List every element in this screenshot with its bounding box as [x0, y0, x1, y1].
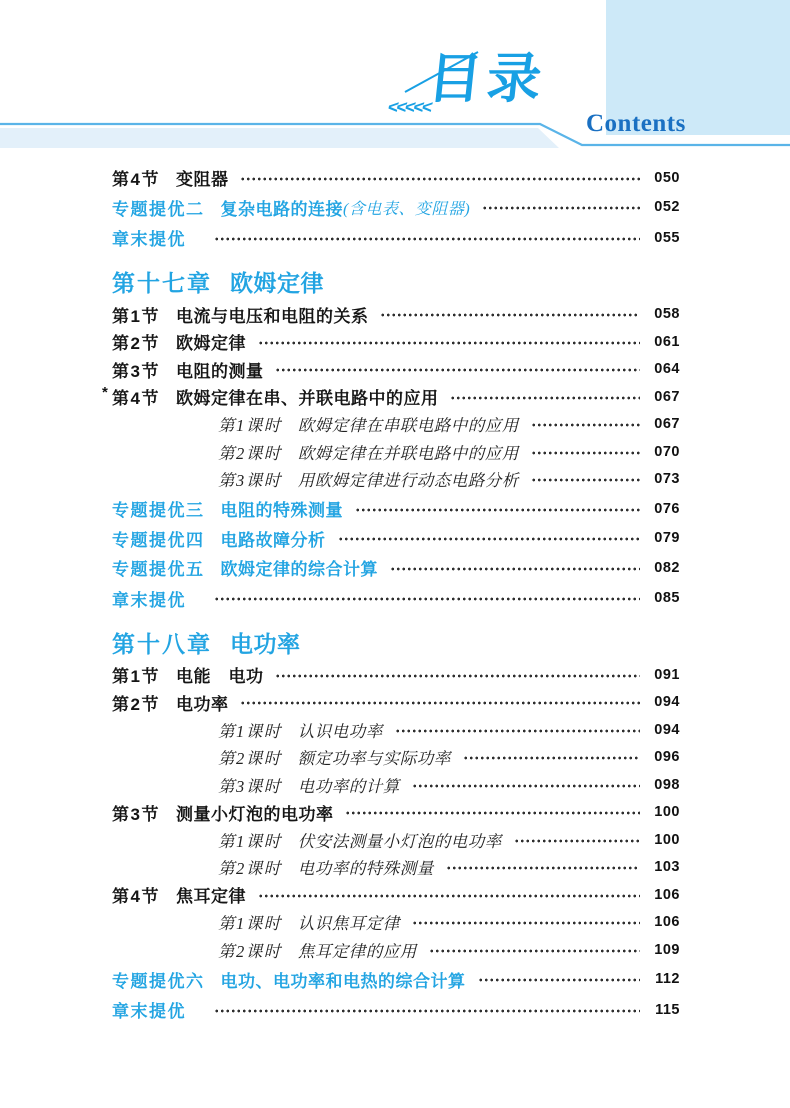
page-number: 098 [650, 777, 680, 793]
entry-title: 欧姆定律在并联电路中的应用 [298, 440, 519, 464]
toc-entry-section: 第2节欧姆定律061 [112, 328, 680, 356]
dotted-leader [345, 810, 640, 816]
toc-entry-lesson: 第1课时欧姆定律在串联电路中的应用067 [112, 411, 680, 439]
page-number: 106 [650, 914, 680, 930]
toc-entry-lesson: 第3课时用欧姆定律进行动态电路分析073 [112, 466, 680, 494]
entry-label: 第1课时 [218, 718, 282, 742]
entry-title: 欧姆定律的综合计算 [221, 555, 379, 580]
entry-label: 第2节 [112, 329, 160, 354]
dotted-leader [214, 236, 640, 242]
page-number: 115 [650, 1002, 680, 1018]
entry-title: 复杂电路的连接 [221, 195, 344, 220]
page-number: 052 [650, 199, 680, 215]
toc-entry-section: 第3节电阻的测量064 [112, 356, 680, 384]
entry-title: 变阻器 [176, 165, 229, 190]
dotted-leader [412, 783, 640, 789]
entry-title: 电阻的特殊测量 [221, 496, 344, 521]
toc-entry-section: 第2节电功率094 [112, 689, 680, 717]
entry-label: 第4节 [112, 165, 160, 190]
entry-label: 章末提优 [112, 997, 186, 1022]
page-number: 112 [650, 971, 680, 987]
toc-entry-special: 专题提优二复杂电路的连接(含电表、变阻器)052 [112, 194, 680, 222]
page-header: <<<<< 目录 Contents [0, 0, 790, 160]
toc-entry-section: *第4节欧姆定律在串、并联电路中的应用067 [112, 383, 680, 411]
entry-title: 电功率的计算 [298, 773, 400, 797]
page-number: 076 [650, 501, 680, 517]
dotted-leader [275, 673, 640, 679]
page-number: 055 [650, 230, 680, 246]
entry-title: 测量小灯泡的电功率 [176, 800, 334, 825]
toc-entry-section: 第1节电流与电压和电阻的关系058 [112, 301, 680, 329]
page-number: 073 [650, 471, 680, 487]
page-number: 106 [650, 887, 680, 903]
page-number: 103 [650, 859, 680, 875]
entry-label: 第3节 [112, 357, 160, 382]
toc-entry-section: 第3节测量小灯泡的电功率100 [112, 799, 680, 827]
toc-entry-lesson: 第2课时欧姆定律在并联电路中的应用070 [112, 438, 680, 466]
entry-title: 电流与电压和电阻的关系 [176, 302, 369, 327]
entry-label: 第1节 [112, 302, 160, 327]
dotted-leader [258, 893, 640, 899]
dotted-leader [514, 838, 640, 844]
page-number: 094 [650, 694, 680, 710]
page-number: 100 [650, 832, 680, 848]
dotted-leader [214, 1008, 640, 1014]
entry-title: 伏安法测量小灯泡的电功率 [298, 828, 502, 852]
entry-label: 第4节 [112, 384, 160, 409]
toc-entry-special: 专题提优三电阻的特殊测量076 [112, 495, 680, 523]
entry-label: 第4节 [112, 882, 160, 907]
toc-entry-lesson: 第1课时认识焦耳定律106 [112, 909, 680, 937]
dotted-leader [275, 367, 640, 373]
entry-title: 认识电功率 [298, 718, 383, 742]
entry-title: 用欧姆定律进行动态电路分析 [298, 467, 519, 491]
entry-label: 专题提优五 [112, 555, 205, 580]
entry-title: 欧姆定律 [230, 265, 324, 298]
toc-entry-lesson: 第1课时认识电功率094 [112, 716, 680, 744]
entry-title: 焦耳定律的应用 [298, 938, 417, 962]
toc-page: { "header": { "title_cn": "目录", "title_e… [0, 0, 790, 1108]
toc-chapter-heading: 第十七章欧姆定律 [112, 265, 680, 299]
toc-entry-lesson: 第2课时电功率的特殊测量103 [112, 854, 680, 882]
entry-label: 章末提优 [112, 586, 186, 611]
dotted-leader [355, 507, 640, 513]
entry-note: (含电表、变阻器) [343, 196, 470, 219]
entry-label: 第十七章 [112, 265, 212, 298]
toc-entry-lesson: 第1课时伏安法测量小灯泡的电功率100 [112, 826, 680, 854]
page-number: 058 [650, 306, 680, 322]
dotted-leader [463, 755, 640, 761]
dotted-leader [531, 422, 640, 428]
entry-label: 专题提优三 [112, 496, 205, 521]
dotted-leader [450, 395, 640, 401]
dotted-leader [240, 176, 640, 182]
toc-entry-chapter-end: 章末提优055 [112, 224, 680, 252]
dotted-leader [412, 920, 640, 926]
entry-title: 电路故障分析 [221, 526, 326, 551]
entry-label: 第2节 [112, 690, 160, 715]
entry-label: 第2课时 [218, 440, 282, 464]
toc-entry-section: 第4节焦耳定律106 [112, 881, 680, 909]
page-number: 085 [650, 590, 680, 606]
entry-title: 电能 电功 [176, 662, 264, 687]
entry-label: 第1节 [112, 662, 160, 687]
entry-label: 第2课时 [218, 745, 282, 769]
entry-title: 电功率 [176, 690, 229, 715]
toc-entry-section: 第4节变阻器050 [112, 164, 680, 192]
entry-label: 第1课时 [218, 910, 282, 934]
toc-chapter-heading: 第十八章电功率 [112, 625, 680, 659]
dotted-leader [531, 450, 640, 456]
entry-label: 专题提优六 [112, 967, 205, 992]
dotted-leader [380, 312, 640, 318]
dotted-leader [258, 340, 640, 346]
entry-title: 电功率 [230, 626, 301, 659]
dotted-leader [338, 536, 641, 542]
entry-label: 第1课时 [218, 412, 282, 436]
page-number: 050 [650, 170, 680, 186]
page-number: 094 [650, 722, 680, 738]
toc-entry-special: 专题提优六电功、电功率和电热的综合计算112 [112, 966, 680, 994]
entry-title: 欧姆定律在串联电路中的应用 [298, 412, 519, 436]
dotted-leader [214, 596, 640, 602]
dotted-leader [429, 948, 640, 954]
entry-label: 第3课时 [218, 773, 282, 797]
toc-entry-lesson: 第3课时电功率的计算098 [112, 771, 680, 799]
toc-entry-special: 专题提优四电路故障分析079 [112, 525, 680, 553]
toc-entry-chapter-end: 章末提优115 [112, 996, 680, 1024]
dotted-leader [482, 205, 640, 211]
entry-label: 第1课时 [218, 828, 282, 852]
toc-entry-lesson: 第2课时额定功率与实际功率096 [112, 744, 680, 772]
dotted-leader [478, 977, 641, 983]
entry-title: 电功率的特殊测量 [298, 855, 434, 879]
page-number: 079 [650, 530, 680, 546]
toc-entry-chapter-end: 章末提优085 [112, 585, 680, 613]
entry-title: 欧姆定律在串、并联电路中的应用 [176, 384, 439, 409]
page-number: 091 [650, 667, 680, 683]
page-number: 082 [650, 560, 680, 576]
page-title: 目录 [425, 52, 549, 106]
page-number: 070 [650, 444, 680, 460]
entry-label: 第2课时 [218, 855, 282, 879]
entry-title: 欧姆定律 [176, 329, 246, 354]
page-number: 061 [650, 334, 680, 350]
page-number: 100 [650, 804, 680, 820]
entry-label: 章末提优 [112, 225, 186, 250]
dotted-leader [395, 728, 640, 734]
entry-label: 专题提优二 [112, 195, 205, 220]
entry-label: 第十八章 [112, 626, 212, 659]
entry-title: 电阻的测量 [176, 357, 264, 382]
page-number: 064 [650, 361, 680, 377]
toc-entry-special: 专题提优五欧姆定律的综合计算082 [112, 554, 680, 582]
dotted-leader [446, 865, 640, 871]
page-number: 096 [650, 749, 680, 765]
entry-label: 专题提优四 [112, 526, 205, 551]
entry-title: 认识焦耳定律 [298, 910, 400, 934]
contents-label: Contents [586, 110, 686, 138]
entry-label: 第2课时 [218, 938, 282, 962]
entry-label: 第3课时 [218, 467, 282, 491]
entry-title: 额定功率与实际功率 [298, 745, 451, 769]
dotted-leader [390, 566, 640, 572]
entry-title: 焦耳定律 [176, 882, 246, 907]
toc-entry-lesson: 第2课时焦耳定律的应用109 [112, 936, 680, 964]
toc-list: 第4节变阻器050专题提优二复杂电路的连接(含电表、变阻器)052章末提优055… [112, 164, 680, 1024]
page-number: 067 [650, 389, 680, 405]
entry-title: 电功、电功率和电热的综合计算 [221, 967, 466, 992]
entry-label: 第3节 [112, 800, 160, 825]
page-number: 109 [650, 942, 680, 958]
dotted-leader [240, 700, 640, 706]
toc-entry-section: 第1节电能 电功091 [112, 661, 680, 689]
page-number: 067 [650, 416, 680, 432]
dotted-leader [531, 477, 640, 483]
